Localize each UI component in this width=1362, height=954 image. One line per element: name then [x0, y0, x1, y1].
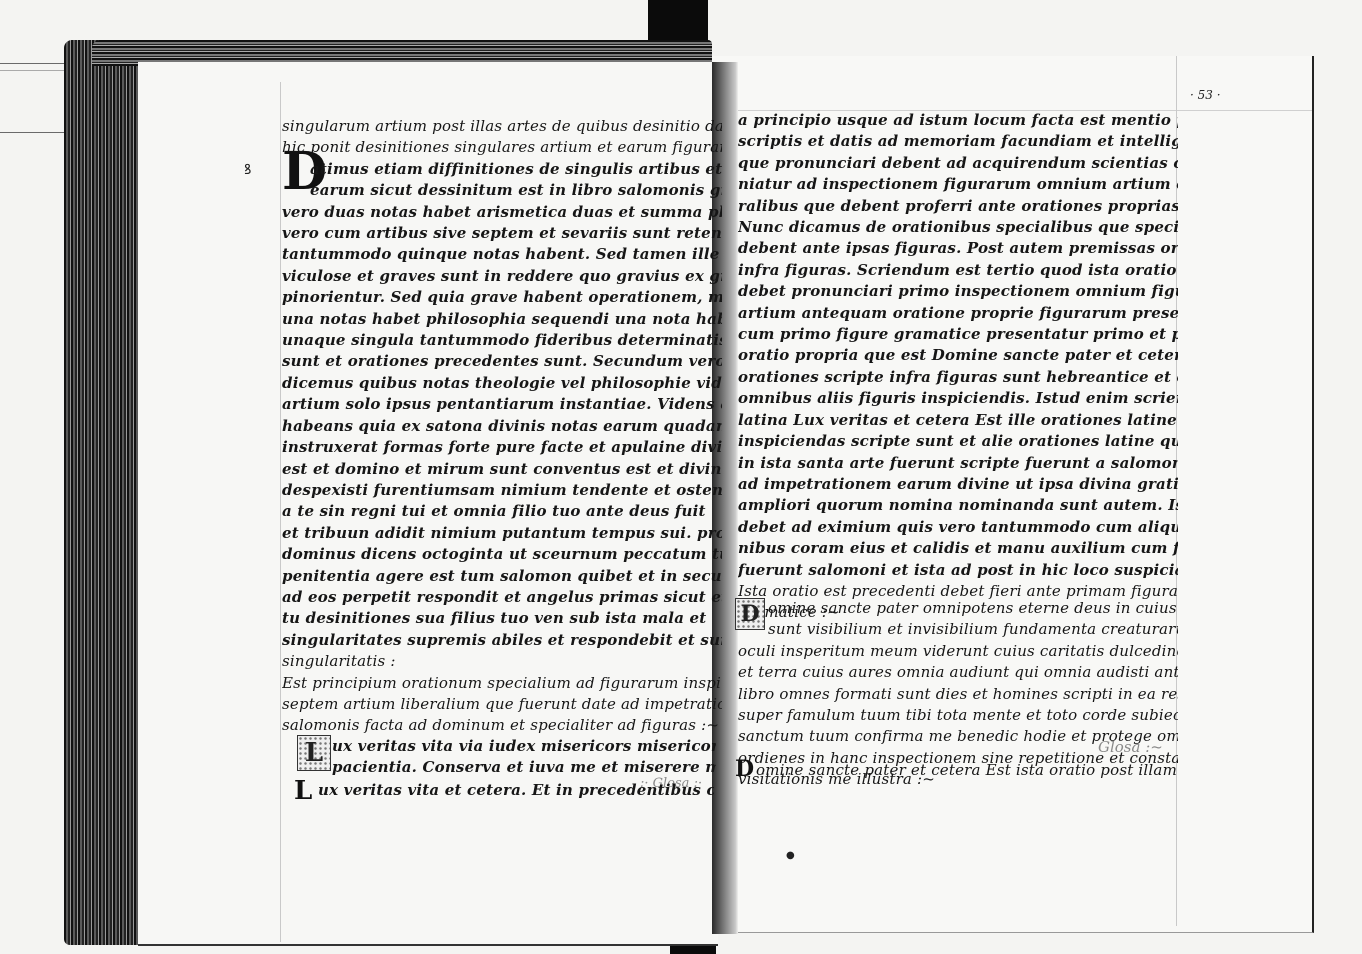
text-line: omine sancte pater et cetera Est ista or… [756, 760, 1180, 781]
text-line: nibus coram eius et calidis et manu auxi… [738, 538, 1178, 559]
text-line: debet pronunciari primo inspectionem omn… [738, 281, 1178, 302]
left-final-line: ux veritas vita et cetera. Et in precede… [318, 780, 714, 801]
text-line: ad eos perpetit respondit et angelus pri… [282, 587, 722, 608]
text-line: a te sin regni tui et omnia filio tuo an… [282, 501, 722, 522]
text-line: a principio usque ad istum locum facta e… [738, 110, 1178, 131]
text-line: ralibus que debent proferri ante oration… [738, 196, 1178, 217]
rubric-line: septem artium liberalium que fuerunt dat… [282, 694, 722, 715]
text-line: ux veritas vita et cetera. Et in precede… [318, 780, 714, 801]
prayer-line: oculi insperitum meum viderunt cuius car… [738, 641, 1178, 662]
gloss-label: Glosa :~ [1098, 738, 1163, 756]
text-line: omnibus aliis figuris inspiciendis. Istu… [738, 388, 1178, 409]
text-line: dominus dicens octoginta ut sceurnum pec… [282, 544, 722, 565]
prayer-line: omine sancte pater omnipotens eterne deu… [738, 598, 1178, 619]
text-line: niatur ad inspectionem figurarum omnium … [738, 174, 1178, 195]
prayer-line: super famulum tuum tibi tota mente et to… [738, 705, 1178, 726]
text-line: artium solo ipsus pentantiarum instantia… [282, 394, 722, 415]
text-line: artium antequam oratione proprie figurar… [738, 303, 1178, 324]
text-line: hic ponit desinitiones singulares artium… [282, 137, 722, 158]
text-line: oratio propria que est Domine sancte pat… [738, 345, 1178, 366]
text-line: ad impetrationem earum divine ut ipsa di… [738, 474, 1178, 495]
decorated-initial-l: L [297, 735, 331, 771]
text-line: ampliori quorum nomina nominanda sunt au… [738, 495, 1178, 516]
right-page-text: a principio usque ad istum locum facta e… [738, 110, 1178, 624]
margin-mark: ꝸ [244, 160, 251, 179]
text-line: despexisti furentiumsam nimium tendente … [282, 480, 722, 501]
right-final-line: omine sancte pater et cetera Est ista or… [756, 760, 1180, 781]
text-line: earum sicut dessinitum est in libro salo… [282, 180, 722, 201]
text-line: cum primo figure gramatice presentatur p… [738, 324, 1178, 345]
text-line: atimus etiam diffinitiones de singulis a… [282, 159, 722, 180]
initial-d-final: D [735, 756, 754, 782]
text-line: vero cum artibus sive septem et sevariis… [282, 223, 722, 244]
text-line: una notas habet philosophia sequendi una… [282, 309, 722, 330]
text-line: sunt et orationes precedentes sunt. Secu… [282, 351, 722, 372]
ink-dot: ● [786, 850, 795, 861]
text-line: dicemus quibus notas theologie vel philo… [282, 373, 722, 394]
text-line: tantummodo quinque notas habent. Sed tam… [282, 244, 722, 265]
text-line: inspiciendas scripte sunt et alie oratio… [738, 431, 1178, 452]
left-prayer: ux veritas vita via iudex misericors mis… [332, 736, 716, 779]
rubric-line: Est principium orationum specialium ad f… [282, 673, 722, 694]
text-line: debent ante ipsas figuras. Post autem pr… [738, 238, 1178, 259]
prayer-line: libro omnes formati sunt dies et homines… [738, 684, 1178, 705]
text-line: est et domino et mirum sunt conventus es… [282, 459, 722, 480]
text-line: et tribuun adidit nimium putantum tempus… [282, 523, 722, 544]
left-page-text: singularum artium post illas artes de qu… [282, 116, 722, 737]
folio-number: · 53 · [1190, 88, 1221, 102]
text-line: instruxerat formas forte pure facte et a… [282, 437, 722, 458]
text-line: tu desinitiones sua filius tuo ven sub i… [282, 608, 722, 629]
text-line: pinorientur. Sed quia grave habent opera… [282, 287, 722, 308]
text-line: habeans quia ex satona divinis notas ear… [282, 416, 722, 437]
text-line: in ista santa arte fuerunt scripte fueru… [738, 453, 1178, 474]
text-line: singularum artium post illas artes de qu… [282, 116, 722, 137]
text-line: Nunc dicamus de orationibus specialibus … [738, 217, 1178, 238]
text-line: fuerunt salomoni et ista ad post in hic … [738, 560, 1178, 581]
prayer-line: et terra cuius aures omnia audiunt qui o… [738, 662, 1178, 683]
text-line: que pronunciari debent ad acquirendum sc… [738, 153, 1178, 174]
text-line: infra figuras. Scriendum est tertio quod… [738, 260, 1178, 281]
text-line: latina Lux veritas et cetera Est ille or… [738, 410, 1178, 431]
text-line: viculose et graves sunt in reddere quo g… [282, 266, 722, 287]
text-line: unaque singula tantummodo fideribus dete… [282, 330, 722, 351]
left-margin-rule [280, 82, 281, 942]
prayer-line: ux veritas vita via iudex misericors mis… [332, 736, 716, 757]
prayer-line: sunt visibilium et invisibilium fundamen… [738, 619, 1178, 640]
text-line: vero duas notas habet arismetica duas et… [282, 202, 722, 223]
initial-l-black: L [294, 776, 312, 806]
page-edges-stack [64, 40, 144, 945]
text-line: scriptis et datis ad memoriam facundiam … [738, 131, 1178, 152]
text-line: singularitates supremis abiles et respon… [282, 630, 722, 651]
text-line: singularitatis : [282, 651, 722, 672]
text-line: debet ad eximium quis vero tantummodo cu… [738, 517, 1178, 538]
text-line: orationes scripte infra figuras sunt heb… [738, 367, 1178, 388]
rubric-line: salomonis facta ad dominum et specialite… [282, 715, 722, 736]
text-line: penitentia agere est tum salomon quibet … [282, 566, 722, 587]
